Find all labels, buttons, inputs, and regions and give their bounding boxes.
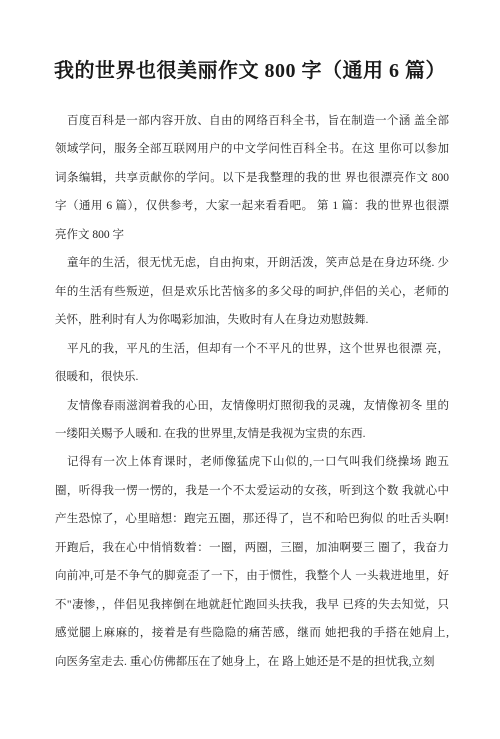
document-page: 我的世界也很美丽作文 800 字（通用 6 篇） 百度百科是一部内容开放、自由的…	[0, 0, 500, 739]
text-line: 向医务室走去. 重心仿佛都压在了她身上，在 路上她还是不是的担忧我,立刻	[55, 648, 449, 676]
text-line: 开跑后，我在心中悄悄数着：一圈，两圈，三圈，加油啊要三 圈了，我奋力	[55, 534, 449, 562]
text-line: 亮作文 800 字	[55, 221, 449, 249]
text-line: 很暖和，很快乐.	[55, 363, 449, 391]
text-line: 平凡的我，平凡的生活，但却有一个不平凡的世界，这个世界也很漂 亮，	[55, 335, 449, 363]
text-line: 圈，听得我一愣一愣的，我是一个不太爱运动的女孩，听到这个数 我就心中	[55, 477, 449, 505]
text-line: 年的生活有些叛逆，但是欢乐比苦恼多的多父母的呵护,伴侣的关心，老师的	[55, 278, 449, 306]
paragraph: 友情像春雨滋润着我的心田，友情像明灯照彻我的灵魂，友情像初冬 里的一缕阳关赐予人…	[55, 392, 449, 449]
text-line: 向前冲,可是不争气的脚竟歪了一下，由于惯性，我整个人 一头栽进地里，好	[55, 562, 449, 590]
paragraph: 平凡的我，平凡的生活，但却有一个不平凡的世界，这个世界也很漂 亮，很暖和，很快乐…	[55, 335, 449, 392]
text-line: 友情像春雨滋润着我的心田，友情像明灯照彻我的灵魂，友情像初冬 里的	[55, 392, 449, 420]
text-line: 字（通用 6 篇），仅供参考，大家一起来看看吧。 第 1 篇：我的世界也很漂	[55, 192, 449, 220]
text-line: 领域学问，服务全部互联网用户的中文学问性百科全书。在这 里你可以参加	[55, 135, 449, 163]
text-line: 童年的生活，很无忧无虑，自由拘束，开朗活泼，笑声总是在身边环绕. 少	[55, 249, 449, 277]
text-line: 百度百科是一部内容开放、自由的网络百科全书，旨在制造一个涵 盖全部	[55, 107, 449, 135]
text-line: 一缕阳关赐予人暖和. 在我的世界里,友情是我视为宝贵的东西.	[55, 420, 449, 448]
paragraph: 记得有一次上体育课时，老师像猛虎下山似的,一口气叫我们绕操场 跑五圈，听得我一愣…	[55, 448, 449, 676]
text-line: 关怀，胜利时有人为你喝彩加油，失败时有人在身边劝慰鼓舞.	[55, 306, 449, 334]
document-body: 百度百科是一部内容开放、自由的网络百科全书，旨在制造一个涵 盖全部领域学问，服务…	[55, 107, 449, 676]
text-line: 感觉腿上麻麻的，接着是有些隐隐的痛苦感，继而 她把我的手搭在她肩上,	[55, 619, 449, 647]
text-line: 不"凄惨，，伴侣见我摔倒在地就赶忙跑回头扶我，我早 已疼的失去知觉，只	[55, 591, 449, 619]
paragraph: 百度百科是一部内容开放、自由的网络百科全书，旨在制造一个涵 盖全部领域学问，服务…	[55, 107, 449, 249]
text-line: 产生恐惊了，心里暗想：跑完五圈，那还得了，岂不和哈巴狗似 的吐舌头啊!	[55, 505, 449, 533]
document-title: 我的世界也很美丽作文 800 字（通用 6 篇）	[0, 0, 500, 86]
paragraph: 童年的生活，很无忧无虑，自由拘束，开朗活泼，笑声总是在身边环绕. 少年的生活有些…	[55, 249, 449, 334]
text-line: 词条编辑，共享贡献你的学问。以下是我整理的我的世 界也很漂亮作文 800	[55, 164, 449, 192]
text-line: 记得有一次上体育课时，老师像猛虎下山似的,一口气叫我们绕操场 跑五	[55, 448, 449, 476]
